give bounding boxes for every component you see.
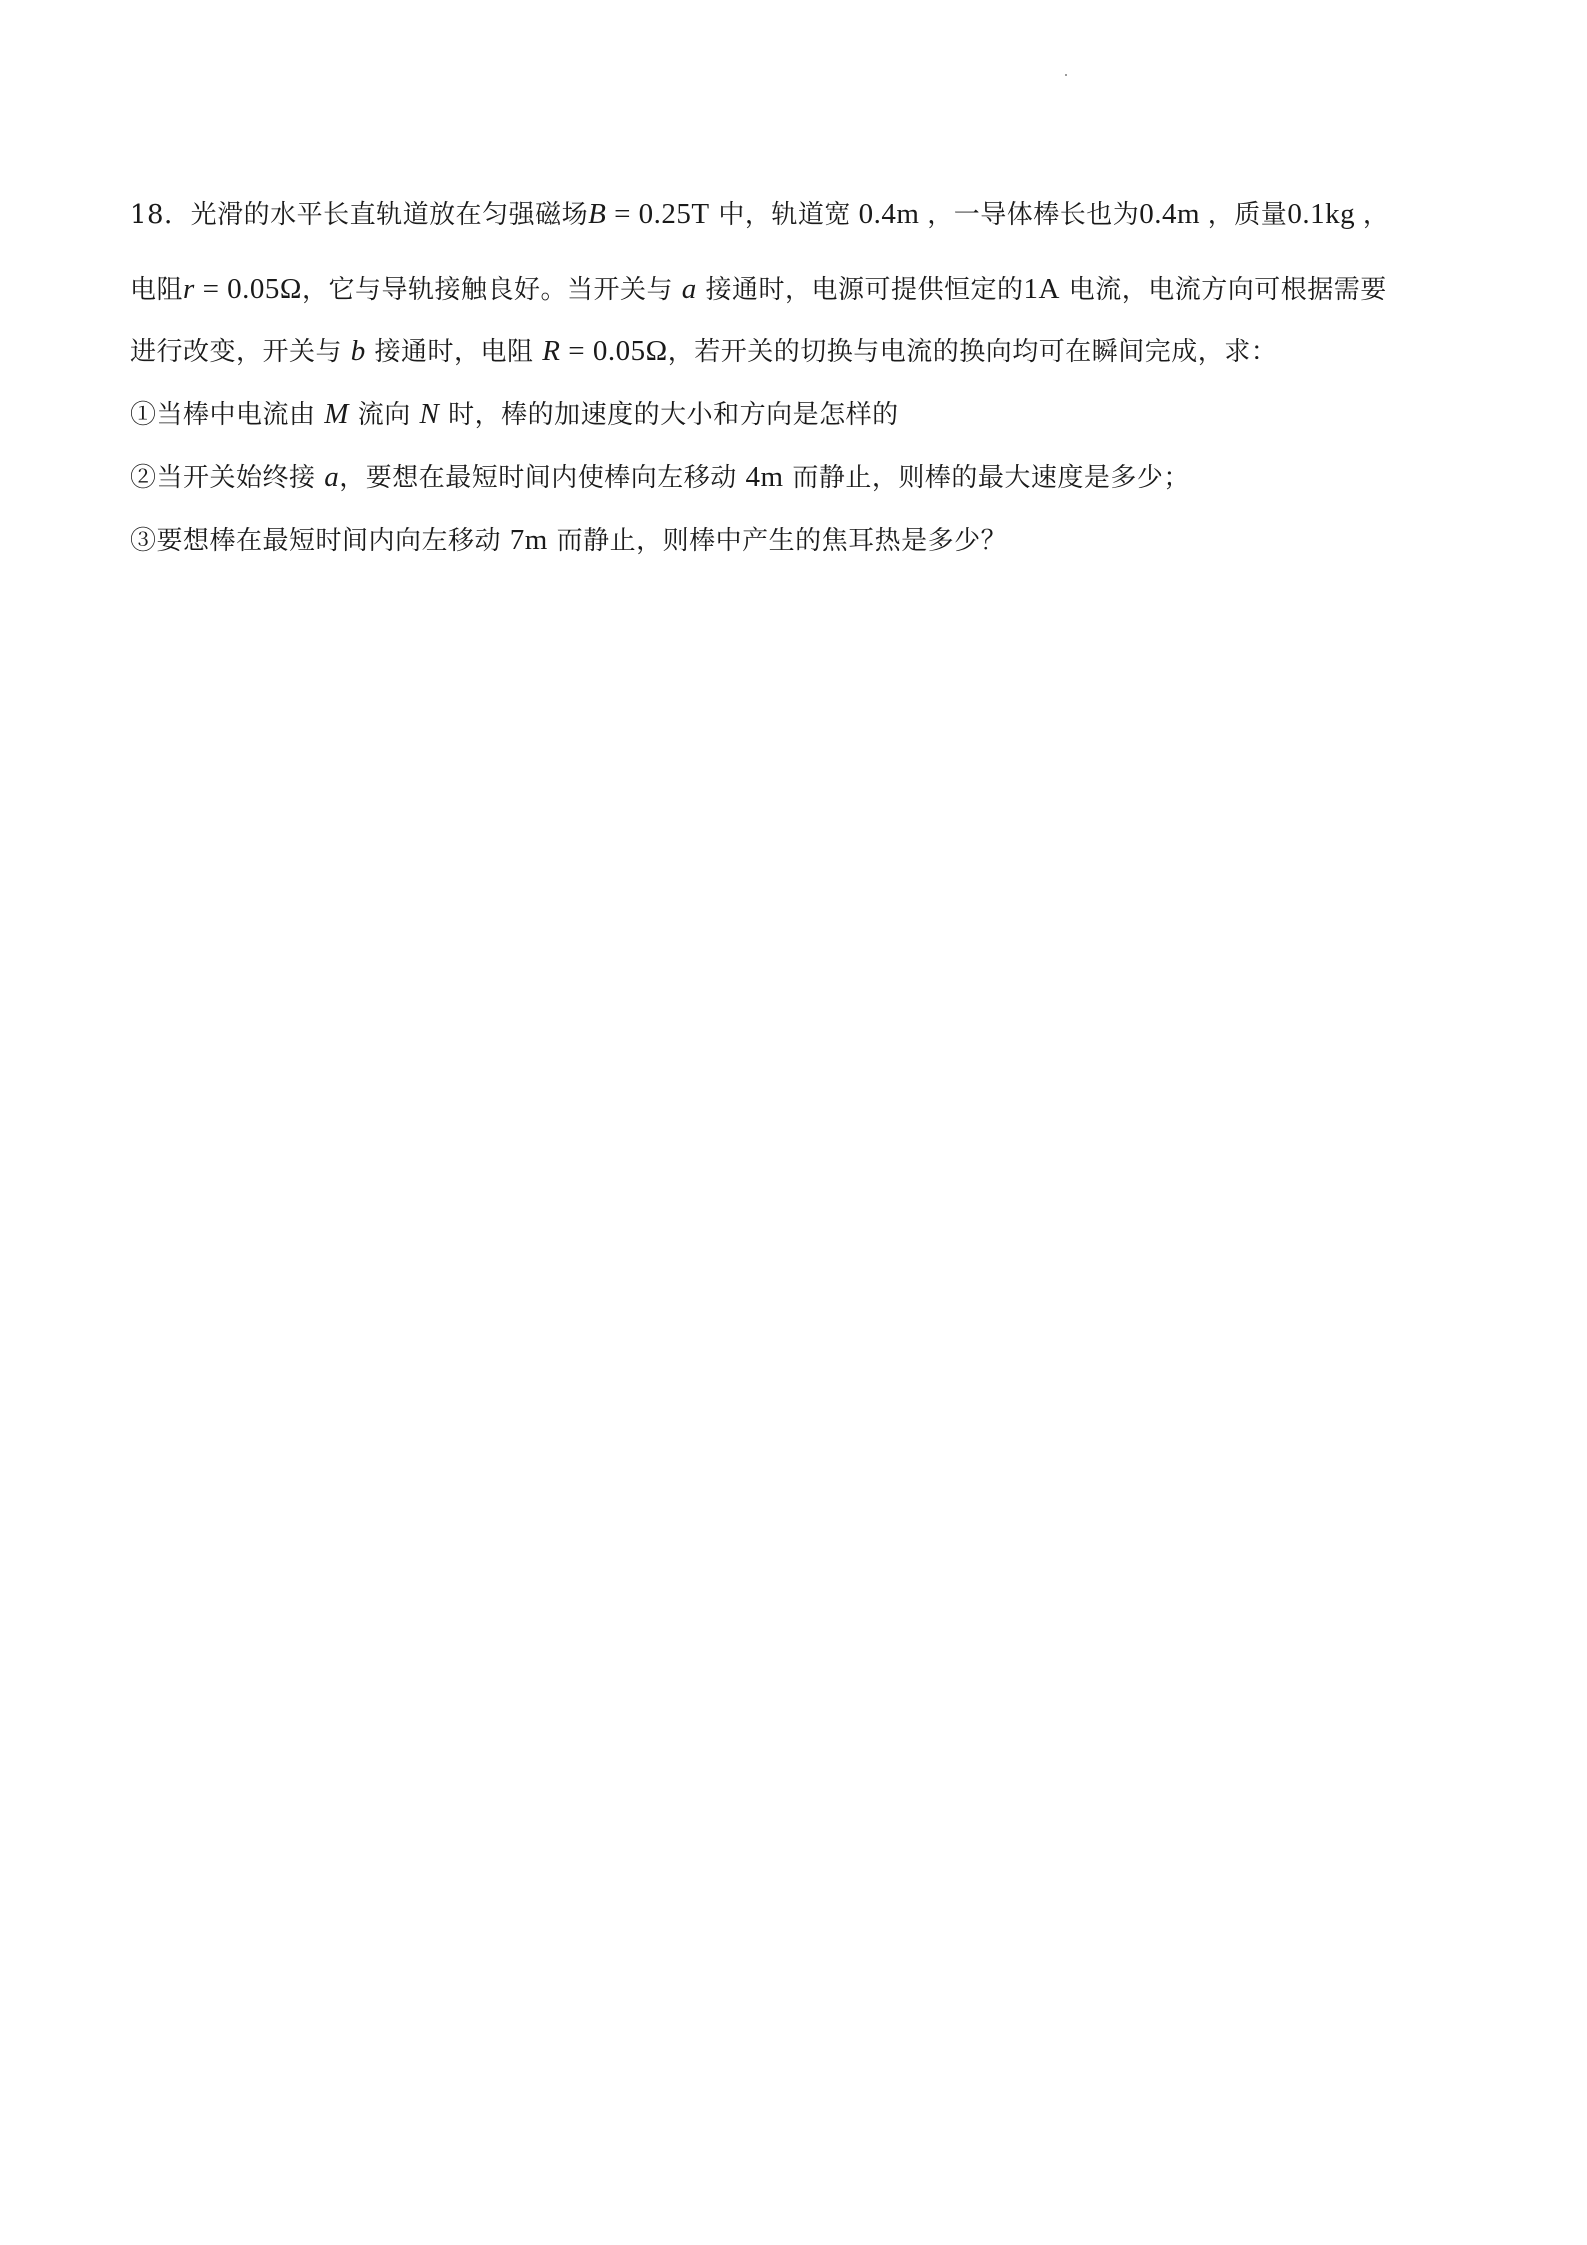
text-run: 接通时，电阻 xyxy=(366,337,543,367)
math-run: = 0.25T xyxy=(606,198,709,230)
math-run: = 0.05Ω xyxy=(561,335,668,367)
text-run: ③要想棒在最短时间内向左移动 xyxy=(130,526,510,556)
math-run: N xyxy=(419,398,439,430)
text-run: ，要想在最短时间内使棒向左移动 xyxy=(339,463,745,493)
math-run: 7m xyxy=(510,524,548,556)
question-line-2: 电阻r = 0.05Ω，它与导轨接触良好。当开关与 a 接通时，电源可提供恒定的… xyxy=(130,272,1387,307)
text-run: 接通时，电源可提供恒定的 xyxy=(697,275,1024,305)
math-run: a xyxy=(682,273,697,305)
text-run: ②当开关始终接 xyxy=(130,463,324,493)
text-run: 而静止，则棒的最大速度是多少； xyxy=(784,463,1190,493)
math-run: b xyxy=(351,335,366,367)
text-run: ，一导体棒长也为 xyxy=(927,200,1139,230)
text-run: ， xyxy=(1363,200,1390,230)
sub-question-1: ①当棒中电流由 M 流向 N 时，棒的加速度的大小和方向是怎样的 xyxy=(130,397,899,432)
text-run: 中，轨道宽 xyxy=(710,200,851,230)
math-run: r xyxy=(183,273,195,305)
math-run: B xyxy=(588,198,606,230)
text-run: 流向 xyxy=(349,400,420,430)
question-line-3: 进行改变，开关与 b 接通时，电阻 R = 0.05Ω，若开关的切换与电流的换向… xyxy=(130,334,1277,369)
text-run: 18．光滑的水平长直轨道放在匀强磁场 xyxy=(130,200,588,230)
math-run: 0.4m xyxy=(851,198,927,230)
math-run: a xyxy=(324,461,339,493)
scan-artifact-dot xyxy=(1065,74,1067,76)
math-run: 0.4m xyxy=(1139,198,1208,230)
text-run: 时，棒的加速度的大小和方向是怎样的 xyxy=(439,400,898,430)
text-run: 而静止，则棒中产生的焦耳热是多少？ xyxy=(548,526,1007,556)
text-run: ，它与导轨接触良好。当开关与 xyxy=(302,275,682,305)
math-run: 1A xyxy=(1024,273,1060,305)
question-line-1: 18．光滑的水平长直轨道放在匀强磁场B = 0.25T 中，轨道宽 0.4m ，… xyxy=(130,197,1389,232)
text-run: 电阻 xyxy=(130,275,183,305)
math-run: 0.1kg xyxy=(1287,198,1363,230)
text-run: ，若开关的切换与电流的换向均可在瞬间完成，求： xyxy=(668,337,1278,367)
math-run: R xyxy=(542,335,560,367)
math-run: 4m xyxy=(746,461,784,493)
math-run: M xyxy=(324,398,349,430)
text-run: ，质量 xyxy=(1208,200,1288,230)
math-run: = 0.05Ω xyxy=(195,273,302,305)
text-run: 电流，电流方向可根据需要 xyxy=(1060,275,1387,305)
text-run: 进行改变，开关与 xyxy=(130,337,351,367)
sub-question-3: ③要想棒在最短时间内向左移动 7m 而静止，则棒中产生的焦耳热是多少？ xyxy=(130,523,1007,558)
text-run: ①当棒中电流由 xyxy=(130,400,324,430)
sub-question-2: ②当开关始终接 a，要想在最短时间内使棒向左移动 4m 而静止，则棒的最大速度是… xyxy=(130,460,1190,495)
